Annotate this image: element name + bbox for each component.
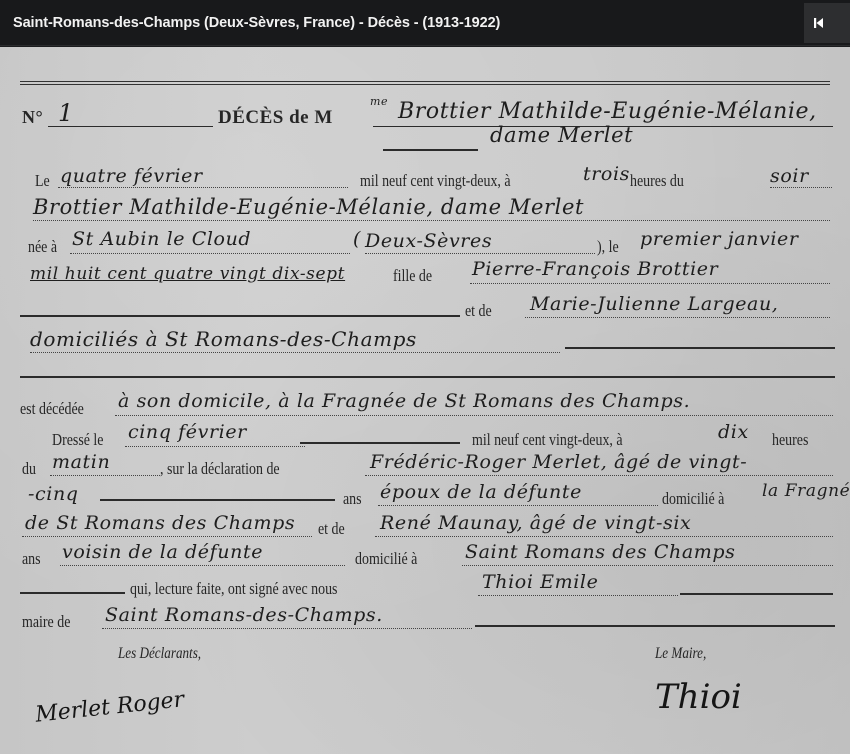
text-maire-de: maire de <box>22 612 70 632</box>
death-period: soir <box>770 165 809 187</box>
number-label: N° <box>22 107 43 128</box>
dotline <box>115 415 833 416</box>
text-domicilie-2: domicilié à <box>355 549 417 569</box>
deceased-full-name: Brottier Mathilde-Eugénie-Mélanie, dame … <box>33 195 584 219</box>
title-suffix: me <box>370 95 388 108</box>
dotline <box>365 253 595 254</box>
text-heures: heures du <box>630 171 684 191</box>
text-heures-2: heures <box>772 430 808 450</box>
death-place: à son domicile, à la Fragnée de St Roman… <box>118 390 690 412</box>
number-rule <box>48 126 213 127</box>
text-le-2: ), le <box>597 237 619 257</box>
record-date: cinq février <box>128 421 247 443</box>
text-fille-de: fille de <box>393 266 432 286</box>
declarant-1: Frédéric-Roger Merlet, âgé de vingt- <box>370 451 747 473</box>
record-hour: dix <box>718 421 749 443</box>
parents-domicile: domiciliés à St Romans-des-Champs <box>30 327 417 351</box>
declarant-2-relation: voisin de la défunte <box>62 541 263 563</box>
birth-year: mil huit cent quatre vingt dix-sept <box>30 264 345 284</box>
dotline <box>50 475 160 476</box>
text-year: mil neuf cent vingt-deux, à <box>360 171 511 191</box>
title-bar: Saint-Romans-des-Champs (Deux-Sèvres, Fr… <box>0 0 850 46</box>
dotline <box>30 352 560 353</box>
blank-rule <box>20 315 460 317</box>
blank-rule <box>475 625 835 627</box>
text-year-2: mil neuf cent vingt-deux, à <box>472 430 623 450</box>
mayor-name: Thioi Emile <box>482 571 598 593</box>
death-date: quatre février <box>60 165 203 187</box>
paren-open: ( <box>353 228 361 250</box>
declarant-2-domicile: Saint Romans des Champs <box>465 541 735 563</box>
dotline <box>33 220 830 221</box>
dotline <box>770 187 832 188</box>
text-declaration: , sur la déclaration de <box>160 459 280 479</box>
declarant-1-domicile-cont: de St Romans des Champs <box>25 512 295 534</box>
blank-rule <box>565 347 835 349</box>
record-period: matin <box>52 451 110 473</box>
blank-rule <box>20 592 125 594</box>
blank-rule <box>680 593 833 595</box>
declarant-2: René Maunay, âgé de vingt-six <box>380 512 691 534</box>
deceased-name-line2: dame Merlet <box>490 123 633 147</box>
dotline <box>478 595 678 596</box>
mother-name: Marie-Julienne Largeau, <box>530 293 778 315</box>
blank-rule <box>20 376 835 378</box>
dotline <box>375 536 833 537</box>
text-du: du <box>22 459 36 479</box>
dotline <box>22 536 312 537</box>
name-short-rule <box>383 149 478 151</box>
text-lecture: qui, lecture faite, ont signé avec nous <box>130 579 337 599</box>
dotline <box>378 505 658 506</box>
deceased-name-line1: Brottier Mathilde-Eugénie-Mélanie, <box>398 99 817 124</box>
dotline <box>60 565 345 566</box>
text-dresse-le: Dressé le <box>52 430 103 450</box>
text-ans-2: ans <box>22 549 41 569</box>
skip-to-start-icon <box>814 17 824 29</box>
text-domicilie: domicilié à <box>662 489 724 509</box>
text-ans: ans <box>343 489 362 509</box>
dotline <box>470 283 830 284</box>
text-nee: née à <box>28 237 57 257</box>
birth-date: premier janvier <box>640 228 799 250</box>
text-est-decedee: est décédée <box>20 399 84 419</box>
death-hour: trois <box>583 163 630 185</box>
dotline <box>58 187 348 188</box>
dotline <box>365 475 833 476</box>
declarant-1-domicile: la Fragnée <box>762 481 850 501</box>
maire-signature: Thioi <box>655 677 742 717</box>
dotline <box>462 565 833 566</box>
first-page-button[interactable] <box>804 3 850 43</box>
document-viewer[interactable]: N° 1 DÉCÈS de M me Brottier Mathilde-Eug… <box>0 47 850 754</box>
dotline <box>525 317 830 318</box>
declarants-label: Les Déclarants, <box>118 645 201 663</box>
blank-rule <box>100 499 335 501</box>
maire-label: Le Maire, <box>655 645 706 663</box>
dotline <box>125 446 305 447</box>
top-rule <box>20 81 830 82</box>
number-value: 1 <box>58 99 74 127</box>
declarant-1-age: -cinq <box>28 483 79 505</box>
declarant-signature: Merlet Roger <box>34 687 185 727</box>
birth-department: Deux-Sèvres <box>365 230 492 252</box>
text-et-de: et de <box>465 301 492 321</box>
mayor-commune: Saint Romans-des-Champs. <box>105 604 383 626</box>
declarant-1-relation: époux de la défunte <box>380 481 582 503</box>
blank-rule <box>300 442 460 444</box>
text-le: Le <box>35 171 50 191</box>
dotline <box>70 253 350 254</box>
dotline <box>102 628 472 629</box>
father-name: Pierre-François Brottier <box>472 258 718 280</box>
deces-heading: DÉCÈS de M <box>218 107 333 129</box>
document-title: Saint-Romans-des-Champs (Deux-Sèvres, Fr… <box>0 15 500 31</box>
text-et-de-2: et de <box>318 519 345 539</box>
birth-place: St Aubin le Cloud <box>72 228 251 250</box>
